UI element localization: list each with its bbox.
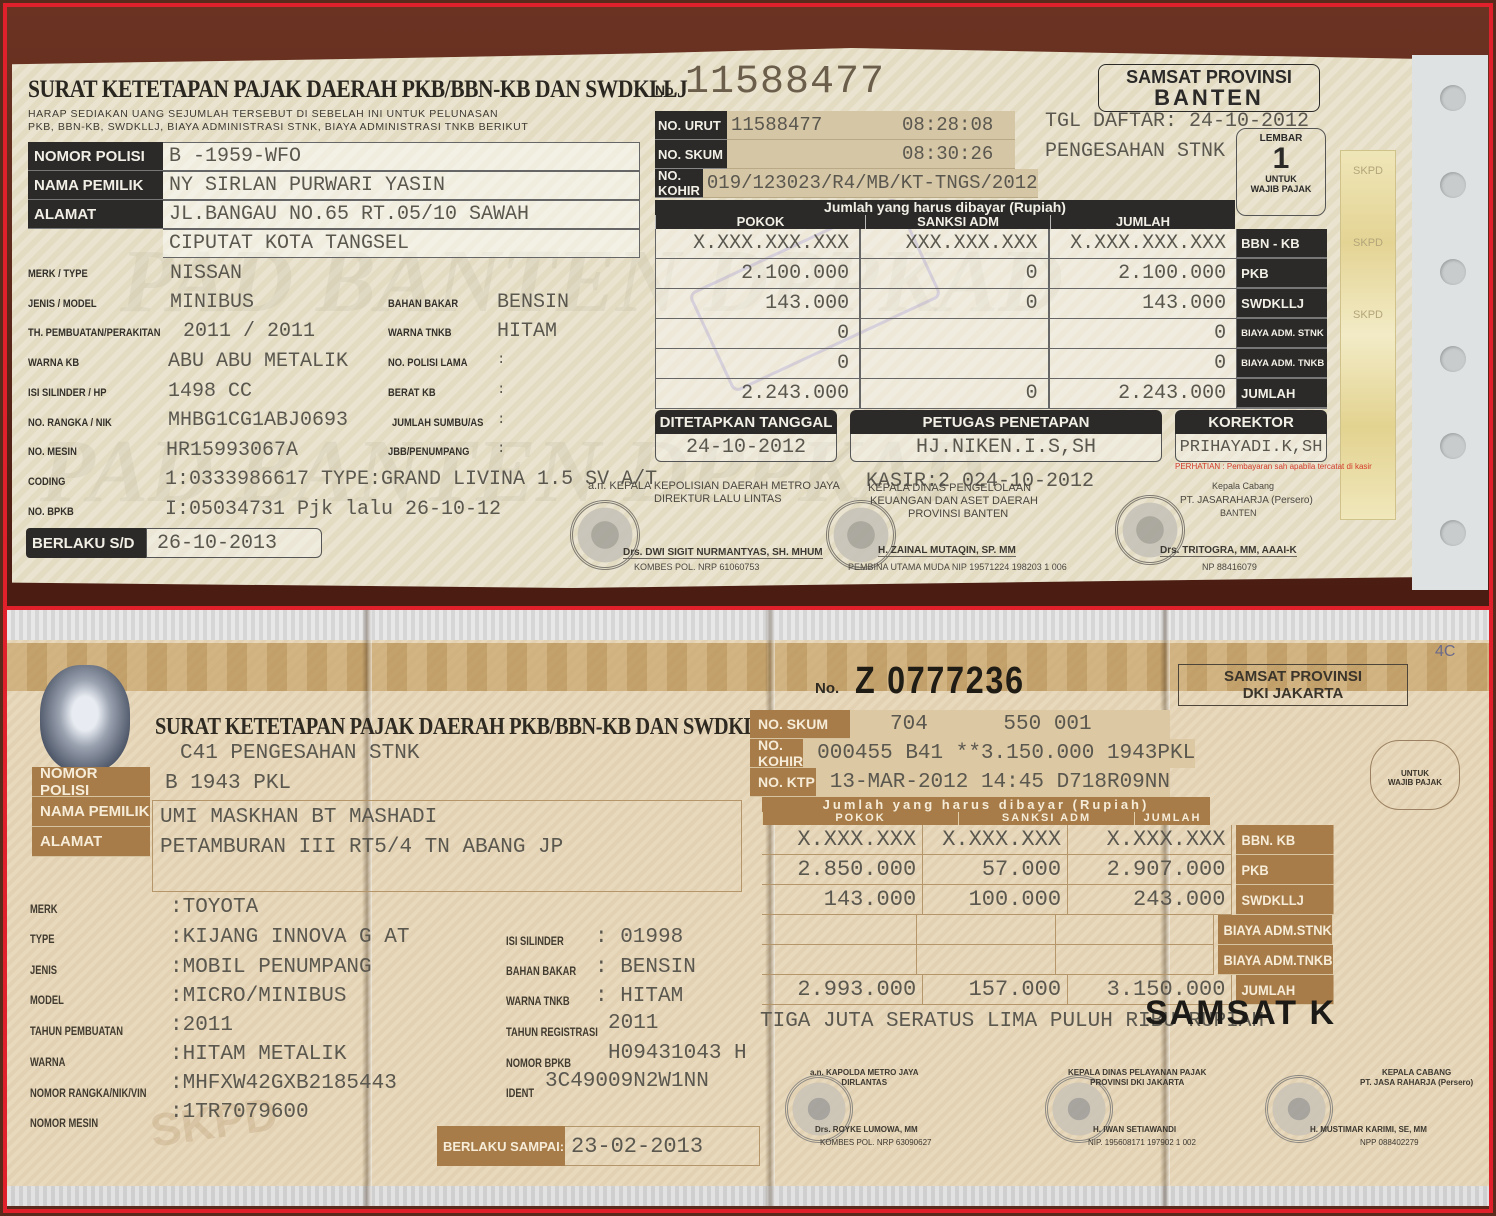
cell-pokok: 0	[655, 349, 860, 379]
field-value: :	[497, 412, 505, 428]
instruction-line-2: PKB, BBN-KB, SWDKLLJ, BIAYA ADMINISTRASI…	[28, 121, 528, 134]
signatory-title: PROVINSI BANTEN	[908, 508, 1008, 521]
registration-value: 704 550 001	[850, 710, 1170, 739]
signatory-name: H. MUSTIMAR KARIMI, SE, MM	[1310, 1125, 1427, 1135]
row-label: PKB	[1236, 855, 1333, 885]
doc1-instructions: HARAP SEDIAKAN UANG SEJUMLAH TERSEBUT DI…	[28, 108, 528, 134]
doc1-title: SURAT KETETAPAN PAJAK DAERAH PKB/BBN-KB …	[28, 76, 687, 104]
row-label: PKB	[1237, 259, 1327, 289]
field-value: :KIJANG INNOVA G AT	[170, 926, 409, 949]
field-value: HITAM	[497, 320, 557, 343]
field-label: WARNA TNKB	[388, 327, 452, 339]
assessing-officer-label: PETUGAS PENETAPAN	[850, 410, 1162, 434]
field-value: :MHFXW42GXB2185443	[170, 1072, 397, 1095]
field-value: : 01998	[595, 926, 683, 949]
signatory-nrp: KOMBES POL. NRP 61060753	[634, 562, 759, 572]
registration-row: NO. KTP 13-MAR-2012 14:45 D718R09NN	[750, 768, 1170, 797]
valid-until-label: BERLAKU S/D	[26, 528, 146, 558]
highlight-divider	[3, 606, 1493, 610]
ratification-text: PENGESAHAN STNK	[1045, 140, 1225, 163]
row-label: BIAYA ADM. TNKB	[1237, 349, 1327, 379]
field-value: :1TR7079600	[170, 1101, 309, 1124]
column-header: POKOK	[655, 215, 865, 229]
field-label: WARNA TNKB	[506, 994, 570, 1008]
sheet-sub1: UNTUK	[1237, 174, 1325, 184]
field-value: NISSAN	[170, 262, 242, 285]
samsat-dki-badge: SAMSAT PROVINSI DKI JAKARTA	[1178, 664, 1408, 706]
field-label: TYPE	[30, 932, 54, 946]
sheet-sub1: UNTUK	[1371, 769, 1459, 778]
field-value: 1:0333986617 TYPE:GRAND LIVINA 1.5 SV A/…	[165, 468, 657, 491]
doc1-payment-table: Jumlah yang harus dibayar (Rupiah) POKOK…	[655, 200, 1327, 409]
cell-jumlah: X.XXX.XXX.XXX	[1049, 229, 1238, 259]
identity-label: ALAMAT	[32, 827, 150, 857]
column-header: JUMLAH	[1134, 812, 1210, 825]
field-label: IDENT	[506, 1086, 534, 1100]
address-value: JL.BANGAU NO.65 RT.05/10 SAWAH	[163, 200, 640, 229]
cell-jumlah	[1056, 915, 1214, 945]
doc1-number-value: 11588477	[685, 60, 885, 105]
identity-label-empty	[28, 229, 163, 258]
field-value: :	[497, 441, 505, 457]
cell-pokok: X.XXX.XXX.XXX	[655, 229, 860, 259]
perforation-hole	[1440, 346, 1466, 372]
table-header: POKOK SANKSI ADM JUMLAH	[655, 215, 1235, 229]
signatory-title-line: KEPALA CABANG	[1360, 1068, 1473, 1078]
signatory-title: KEPALA DINAS PENGELOLAAN	[868, 482, 1031, 495]
field-value: HR15993067A	[166, 439, 298, 462]
owner-name-value: NY SIRLAN PURWARI YASIN	[163, 171, 640, 200]
identity-row: NOMOR POLISI B -1959-WFO	[28, 142, 640, 171]
sheet-sub2: WAJIB PAJAK	[1237, 184, 1325, 194]
signatory-title-line: KEPALA DINAS PELAYANAN PAJAK	[1068, 1068, 1206, 1078]
signatory-title: KEPALA DINAS PELAYANAN PAJAK PROVINSI DK…	[1068, 1068, 1206, 1088]
assessing-officer-value: HJ.NIKEN.I.S,SH	[850, 434, 1162, 462]
field-value: :HITAM METALIK	[170, 1043, 346, 1066]
field-value: :MOBIL PENUMPANG	[170, 956, 372, 979]
license-plate-value: B 1943 PKL	[165, 772, 291, 795]
dki-hologram-logo-icon	[40, 665, 130, 773]
cell-jumlah: 2.243.000	[1049, 379, 1238, 409]
address-value-line2: CIPUTAT KOTA TANGSEL	[163, 229, 640, 258]
table-row: X.XXX.XXX X.XXX.XXX X.XXX.XXX BBN. KB	[762, 825, 1342, 855]
cell-sanksi: XXX.XXX.XXX	[860, 229, 1049, 259]
row-label: BIAYA ADM. STNK	[1237, 319, 1327, 349]
registration-row: NO. KOHIR 019/123023/R4/MB/KT-TNGS/2012	[655, 169, 1015, 198]
cell-pokok: 0	[655, 319, 860, 349]
valid-until-value: 26-10-2013	[146, 528, 322, 558]
signatory-name: Drs. TRITOGRA, MM, AAAI-K	[1160, 545, 1297, 557]
hologram-text: SKPD	[1341, 237, 1395, 249]
signatory-title: a.n. KAPOLDA METRO JAYA DIRLANTAS	[810, 1068, 918, 1088]
field-value: H09431043 H	[608, 1042, 747, 1065]
identity-label: NOMOR POLISI	[32, 767, 150, 797]
signatory-title: a.n. KEPALA KEPOLISIAN DAERAH METRO JAYA	[588, 480, 840, 493]
cell-sanksi: 100.000	[923, 885, 1068, 915]
field-value: :TOYOTA	[170, 896, 258, 919]
doc2-title: SURAT KETETAPAN PAJAK DAERAH PKB/BBN-KB …	[155, 714, 780, 741]
perforation-hole	[1440, 85, 1466, 111]
identity-label: ALAMAT	[28, 200, 163, 229]
signatory-nrp: NPP 088402279	[1360, 1138, 1419, 1148]
signatory-title: BANTEN	[1220, 507, 1257, 520]
hologram-text: SKPD	[1341, 165, 1395, 177]
registration-label: NO. URUT	[655, 111, 727, 140]
cell-sanksi: 0	[860, 379, 1049, 409]
cell-jumlah: 2.907.000	[1068, 855, 1232, 885]
row-label: BBN - KB	[1237, 229, 1327, 259]
field-label: CODING	[28, 476, 65, 488]
instruction-line-1: HARAP SEDIAKAN UANG SEJUMLAH TERSEBUT DI…	[28, 108, 528, 121]
registration-value: 11588477 08:28:08	[727, 111, 1015, 140]
cell-sanksi: X.XXX.XXX	[923, 825, 1068, 855]
assessment-date-value: 24-10-2012	[655, 434, 837, 462]
identity-row: ALAMAT	[32, 827, 150, 857]
field-label: NOMOR BPKB	[506, 1056, 571, 1070]
field-value: :MICRO/MINIBUS	[170, 985, 346, 1008]
row-label: SWDKLLJ	[1236, 885, 1333, 915]
cell-sanksi: 57.000	[923, 855, 1068, 885]
doc2-payment-table: Jumlah yang harus dibayar (Rupiah) POKOK…	[762, 797, 1342, 1005]
field-value: :2011	[170, 1014, 233, 1037]
registration-value: 019/123023/R4/MB/KT-TNGS/2012	[703, 169, 1038, 198]
corrector-box: KOREKTOR PRIHAYADI.K,SH	[1175, 410, 1327, 462]
signatory-title-line: PT. JASA RAHARJA (Persero)	[1360, 1078, 1473, 1088]
table-row: X.XXX.XXX.XXX XXX.XXX.XXX X.XXX.XXX.XXX …	[655, 229, 1327, 259]
table-row: 0 0 BIAYA ADM. TNKB	[655, 349, 1327, 379]
cell-jumlah: 0	[1049, 349, 1238, 379]
field-value: MINIBUS	[170, 291, 254, 314]
field-label: MERK	[30, 902, 58, 916]
cell-jumlah: 143.000	[1049, 289, 1238, 319]
row-label: JUMLAH	[1237, 379, 1327, 409]
plastic-sleeve-bottom	[7, 1186, 1489, 1206]
registration-label: NO. KTP	[750, 768, 816, 797]
samsat-banten-badge: SAMSAT PROVINSI BANTEN	[1098, 64, 1320, 112]
identity-row: ALAMAT JL.BANGAU NO.65 RT.05/10 SAWAH	[28, 200, 640, 229]
valid-until-value: 23-02-2013	[565, 1126, 760, 1166]
cell-sanksi	[860, 349, 1049, 379]
identity-label: NAMA PEMILIK	[32, 797, 150, 827]
table-row: BIAYA ADM.STNK	[762, 915, 1342, 945]
cell-pokok: 143.000	[655, 289, 860, 319]
table-header: POKOK SANKSI ADM JUMLAH	[762, 812, 1210, 825]
license-plate-value: B -1959-WFO	[163, 142, 640, 171]
field-label: BAHAN BAKAR	[388, 298, 458, 310]
table-row: 143.000 0 143.000 SWDKLLJ	[655, 289, 1327, 319]
field-label: NO. RANGKA / NIK	[28, 417, 112, 429]
registration-row: NO. KOHIR 000455 B41 **3.150.000 1943PKL	[750, 739, 1170, 768]
cell-pokok: 2.243.000	[655, 379, 860, 409]
signatory-title-line: PROVINSI DKI JAKARTA	[1068, 1078, 1206, 1088]
corrector-label: KOREKTOR	[1175, 410, 1327, 434]
field-label: NO. MESIN	[28, 446, 77, 458]
identity-label: NOMOR POLISI	[28, 142, 163, 171]
cell-sanksi	[860, 319, 1049, 349]
signatory-title: DIREKTUR LALU LINTAS	[654, 493, 782, 506]
row-label: BIAYA ADM.STNK	[1218, 915, 1332, 945]
cell-pokok: X.XXX.XXX	[762, 825, 923, 855]
field-value: 2011 / 2011	[183, 320, 315, 343]
cell-jumlah	[1056, 945, 1214, 975]
identity-label: NAMA PEMILIK	[28, 171, 163, 200]
assessment-date-label: DITETAPKAN TANGGAL	[655, 410, 837, 434]
field-label: BERAT KB	[388, 387, 436, 399]
identity-row: NAMA PEMILIK	[32, 797, 150, 827]
row-label: BBN. KB	[1236, 825, 1333, 855]
perforation-hole	[1440, 259, 1466, 285]
cell-pokok: 2.850.000	[762, 855, 923, 885]
perforation-hole	[1440, 433, 1466, 459]
field-label: WARNA	[30, 1055, 65, 1069]
official-seal-icon	[570, 500, 640, 570]
column-header: POKOK	[762, 812, 958, 825]
field-value: BENSIN	[497, 291, 569, 314]
row-label: SWDKLLJ	[1237, 289, 1327, 319]
sheet-number: 1	[1237, 144, 1325, 174]
field-label: MERK / TYPE	[28, 268, 88, 280]
cell-pokok: 143.000	[762, 885, 923, 915]
field-value: : HITAM	[595, 985, 683, 1008]
field-label: WARNA KB	[28, 357, 79, 369]
samsat-line1: SAMSAT PROVINSI	[1099, 67, 1319, 87]
doc2-number-value: Z 0777236	[855, 660, 1025, 703]
table-row: BIAYA ADM.TNKB	[762, 945, 1342, 975]
signatory-title-line: DIRLANTAS	[810, 1078, 918, 1088]
field-value: 1498 CC	[168, 380, 252, 403]
doc1-valid-until: BERLAKU S/D 26-10-2013	[26, 528, 322, 558]
fold-crease	[362, 610, 372, 1206]
samsat-line1: SAMSAT PROVINSI	[1179, 668, 1407, 685]
registration-value: 000455 B41 **3.150.000 1943PKL	[803, 739, 1195, 768]
signatory-name: Drs. ROYKE LUMOWA, MM	[815, 1125, 918, 1135]
identity-row: NAMA PEMILIK NY SIRLAN PURWARI YASIN	[28, 171, 640, 200]
field-label: TH. PEMBUATAN/PERAKITAN	[28, 327, 160, 339]
cell-sanksi	[917, 915, 1056, 945]
field-label: BAHAN BAKAR	[506, 964, 576, 978]
field-value: I:05034731 Pjk lalu 26-10-12	[165, 498, 501, 521]
field-value: ABU ABU METALIK	[168, 350, 348, 373]
registration-row: NO. URUT 11588477 08:28:08	[655, 111, 1015, 140]
cell-pokok: 2.100.000	[655, 259, 860, 289]
field-value: 2011	[608, 1012, 658, 1035]
field-label: NO. POLISI LAMA	[388, 357, 467, 369]
samsat-ink-stamp: SAMSAT K	[1145, 994, 1336, 1033]
registration-value: 08:30:26	[727, 140, 1015, 169]
cell-jumlah: X.XXX.XXX	[1068, 825, 1232, 855]
signatory-nrp: PEMBINA UTAMA MUDA NIP 19571224 198203 1…	[848, 562, 1067, 572]
samsat-line2: BANTEN	[1099, 87, 1319, 109]
doc2-valid-until: BERLAKU SAMPAI: 23-02-2013	[437, 1126, 760, 1166]
registration-label: NO. KOHIR	[655, 169, 703, 198]
table-title: Jumlah yang harus dibayar (Rupiah)	[655, 200, 1235, 215]
signatory-title-line: a.n. KAPOLDA METRO JAYA	[810, 1068, 918, 1078]
table-row: 2.100.000 0 2.100.000 PKB	[655, 259, 1327, 289]
signatory-title: Kepala Cabang	[1212, 480, 1274, 493]
perforated-strip	[1412, 55, 1488, 590]
column-header: JUMLAH	[1050, 215, 1235, 229]
field-value: :	[497, 382, 505, 398]
corrector-value: PRIHAYADI.K,SH	[1175, 434, 1327, 462]
assessing-officer-box: PETUGAS PENETAPAN HJ.NIKEN.I.S,SH	[850, 410, 1162, 462]
doc2-number-label: No.	[815, 680, 839, 697]
cell-sanksi: 157.000	[923, 975, 1068, 1005]
column-header: SANKSI ADM	[865, 215, 1050, 229]
doc2-owner-identity: NOMOR POLISI NAMA PEMILIK ALAMAT	[32, 767, 150, 857]
registration-value: 13-MAR-2012 14:45 D718R09NN	[816, 768, 1170, 797]
cell-jumlah: 243.000	[1068, 885, 1232, 915]
corner-handwritten-note: 4C	[1435, 645, 1455, 658]
field-label: NO. BPKB	[28, 506, 74, 518]
field-label: ISI SILINDER / HP	[28, 387, 106, 399]
signatory-title: KEPALA CABANG PT. JASA RAHARJA (Persero)	[1360, 1068, 1473, 1088]
samsat-line2: DKI JAKARTA	[1179, 685, 1407, 702]
identity-row: CIPUTAT KOTA TANGSEL	[28, 229, 640, 258]
field-label: TAHUN PEMBUATAN	[30, 1024, 123, 1038]
doc1-registration-info: NO. URUT 11588477 08:28:08 NO. SKUM 08:3…	[655, 111, 1015, 198]
sheet-number-badge: UNTUK WAJIB PAJAK	[1370, 740, 1460, 810]
official-seal-icon	[826, 500, 896, 570]
signatory-nrp: NP 88416079	[1202, 562, 1257, 572]
identity-row: NOMOR POLISI	[32, 767, 150, 797]
registration-label: NO. KOHIR	[750, 739, 803, 768]
field-value: MHBG1CG1ABJ0693	[168, 409, 348, 432]
registration-label: NO. SKUM	[750, 710, 850, 739]
field-label: JENIS	[30, 963, 57, 977]
signatory-name: H. IWAN SETIAWANDI	[1093, 1125, 1176, 1135]
assessment-date-box: DITETAPKAN TANGGAL 24-10-2012	[655, 410, 837, 462]
table-title: Jumlah yang harus dibayar (Rupiah)	[762, 797, 1210, 812]
perforation-hole	[1440, 520, 1466, 546]
signatory-nrp: KOMBES POL. NRP 63090627	[820, 1138, 931, 1148]
perforation-hole	[1440, 172, 1466, 198]
field-label: JUMLAH SUMBU/AS	[392, 417, 483, 429]
signatory-nrp: NIP. 195608171 197902 1 002	[1088, 1138, 1196, 1148]
doc2-subtitle: C41 PENGESAHAN STNK	[180, 742, 419, 765]
signatory-name: H. ZAINAL MUTAQIN, SP. MM	[878, 545, 1016, 557]
signatory-name: Drs. DWI SIGIT NURMANTYAS, SH. MHUM	[623, 547, 823, 559]
field-label: JENIS / MODEL	[28, 298, 97, 310]
cell-pokok	[762, 945, 917, 975]
doc2-registration-info: NO. SKUM 704 550 001 NO. KOHIR 000455 B4…	[750, 710, 1170, 797]
field-value: : BENSIN	[595, 956, 696, 979]
signatory-title: KEUANGAN DAN ASET DAERAH	[870, 495, 1038, 508]
table-row: 0 0 BIAYA ADM. STNK	[655, 319, 1327, 349]
field-label: NOMOR MESIN	[30, 1116, 98, 1130]
doc1-owner-identity: NOMOR POLISI B -1959-WFO NAMA PEMILIK NY…	[28, 142, 640, 258]
field-label: ISI SILINDER	[506, 934, 564, 948]
field-label: NOMOR RANGKA/NIK/VIN	[30, 1086, 146, 1100]
registration-row: NO. SKUM 08:30:26	[655, 140, 1015, 169]
valid-until-label: BERLAKU SAMPAI:	[437, 1126, 565, 1166]
owner-name-value: UMI MASKHAN BT MASHADI	[160, 806, 437, 829]
field-value: :	[497, 352, 505, 368]
table-row: 2.850.000 57.000 2.907.000 PKB	[762, 855, 1342, 885]
field-label: TAHUN REGISTRASI	[506, 1025, 598, 1039]
column-header: SANKSI ADM	[958, 812, 1134, 825]
cell-jumlah: 2.100.000	[1049, 259, 1238, 289]
cell-sanksi: 0	[860, 289, 1049, 319]
address-value: PETAMBURAN III RT5/4 TN ABANG JP	[160, 836, 563, 859]
table-row-total: 2.243.000 0 2.243.000 JUMLAH	[655, 379, 1327, 409]
registration-row: NO. SKUM 704 550 001	[750, 710, 1170, 739]
signatory-title: PT. JASARAHARJA (Persero)	[1180, 494, 1313, 507]
cell-pokok	[762, 915, 917, 945]
table-row: 143.000 100.000 243.000 SWDKLLJ	[762, 885, 1342, 915]
doc1-number-label: No.	[655, 82, 678, 98]
sheet-sub2: WAJIB PAJAK	[1371, 778, 1459, 787]
cell-jumlah: 0	[1049, 319, 1238, 349]
warning-note: PERHATIAN : Pembayaran sah apabila terca…	[1175, 462, 1372, 471]
hologram-text: SKPD	[1341, 309, 1395, 321]
field-value: 3C49009N2W1NN	[545, 1070, 709, 1093]
cell-pokok: 2.993.000	[762, 975, 923, 1005]
row-label: BIAYA ADM.TNKB	[1218, 945, 1333, 975]
field-label: MODEL	[30, 993, 64, 1007]
field-label: JBB/PENUMPANG	[388, 446, 469, 458]
cell-sanksi	[917, 945, 1056, 975]
registration-label: NO. SKUM	[655, 140, 727, 169]
cell-sanksi: 0	[860, 259, 1049, 289]
